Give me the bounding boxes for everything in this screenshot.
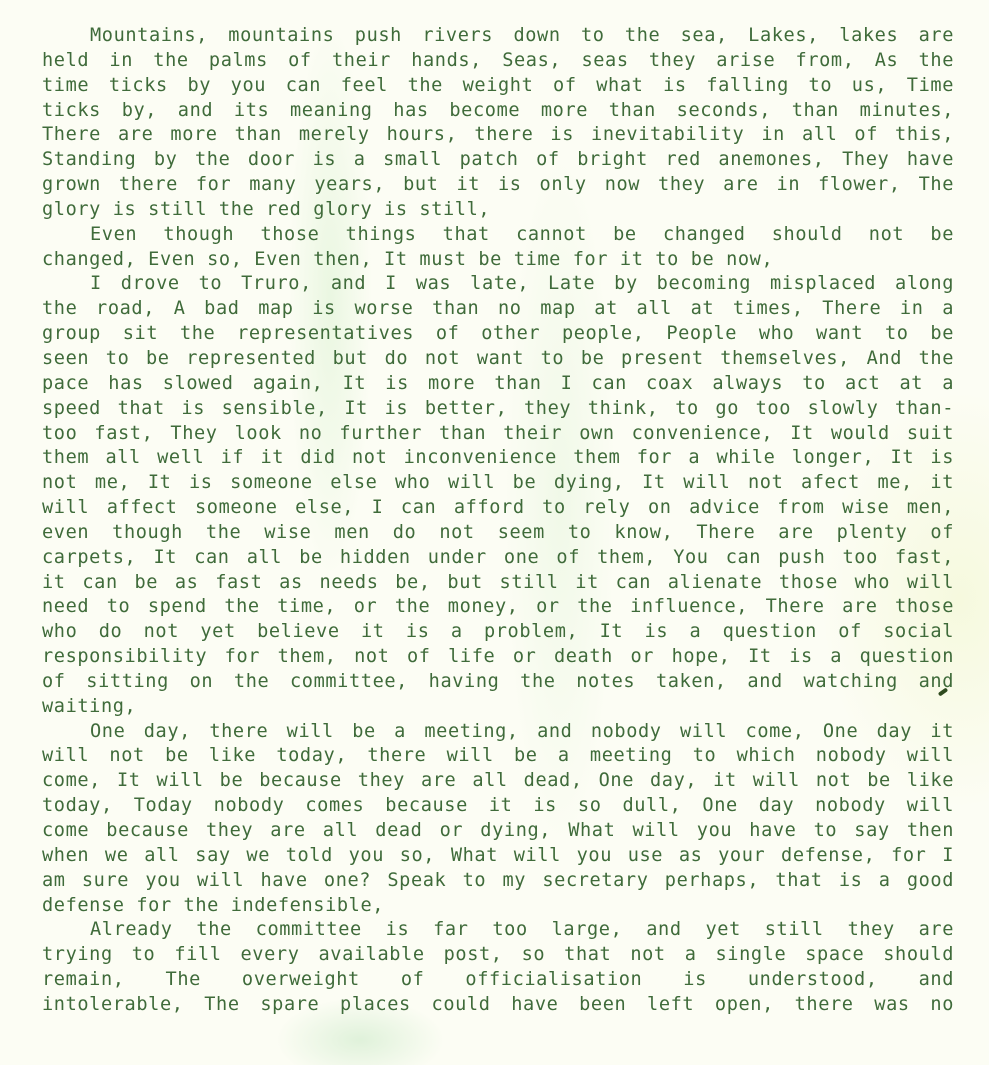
text-line: pace has slowed again, It is more than I… bbox=[42, 372, 954, 397]
text-line: defense for the indefensible, bbox=[42, 894, 954, 919]
text-line: speed that is sensible, It is better, th… bbox=[42, 397, 954, 422]
text-line: time ticks by you can feel the weight of… bbox=[42, 74, 954, 99]
document-page: Mountains, mountains push rivers down to… bbox=[0, 0, 989, 1065]
text-line: trying to fill every available post, so … bbox=[42, 943, 954, 968]
text-line: need to spend the time, or the money, or… bbox=[42, 595, 954, 620]
text-line: am sure you will have one? Speak to my s… bbox=[42, 869, 954, 894]
text-line: today, Today nobody comes because it is … bbox=[42, 794, 954, 819]
text-line: grown there for many years, but it is on… bbox=[42, 173, 954, 198]
text-line: changed, Even so, Even then, It must be … bbox=[42, 248, 954, 273]
text-line: carpets, It can all be hidden under one … bbox=[42, 546, 954, 571]
text-line: will affect someone else, I can afford t… bbox=[42, 496, 954, 521]
text-line: I drove to Truro, and I was late, Late b… bbox=[42, 272, 954, 297]
text-line: Mountains, mountains push rivers down to… bbox=[42, 24, 954, 49]
text-line: responsibility for them, not of life or … bbox=[42, 645, 954, 670]
text-line: of sitting on the committee, having the … bbox=[42, 670, 954, 695]
text-line: will not be like today, there will be a … bbox=[42, 744, 954, 769]
text-line: come, It will be because they are all de… bbox=[42, 769, 954, 794]
text-line: held in the palms of their hands, Seas, … bbox=[42, 49, 954, 74]
text-line: who do not yet believe it is a problem, … bbox=[42, 620, 954, 645]
text-line: it can be as fast as needs be, but still… bbox=[42, 571, 954, 596]
text-line: intolerable, The spare places could have… bbox=[42, 993, 954, 1018]
text-line: them all well if it did not inconvenienc… bbox=[42, 446, 954, 471]
text-line: come because they are all dead or dying,… bbox=[42, 819, 954, 844]
text-line: the road, A bad map is worse than no map… bbox=[42, 297, 954, 322]
text-line: waiting, bbox=[42, 695, 954, 720]
text-line: Already the committee is far too large, … bbox=[42, 918, 954, 943]
text-line: even though the wise men do not seem to … bbox=[42, 521, 954, 546]
text-line: too fast, They look no further than thei… bbox=[42, 422, 954, 447]
text-line: not me, It is someone else who will be d… bbox=[42, 471, 954, 496]
text-line: glory is still the red glory is still, bbox=[42, 198, 954, 223]
text-line: when we all say we told you so, What wil… bbox=[42, 844, 954, 869]
text-line: Standing by the door is a small patch of… bbox=[42, 148, 954, 173]
text-line: seen to be represented but do not want t… bbox=[42, 347, 954, 372]
text-line: Even though those things that cannot be … bbox=[42, 223, 954, 248]
typewritten-text-body: Mountains, mountains push rivers down to… bbox=[42, 24, 954, 1018]
text-line: There are more than merely hours, there … bbox=[42, 123, 954, 148]
text-line: ticks by, and its meaning has become mor… bbox=[42, 99, 954, 124]
text-line: remain, The overweight of officialisatio… bbox=[42, 968, 954, 993]
text-line: group sit the representatives of other p… bbox=[42, 322, 954, 347]
text-line: One day, there will be a meeting, and no… bbox=[42, 720, 954, 745]
